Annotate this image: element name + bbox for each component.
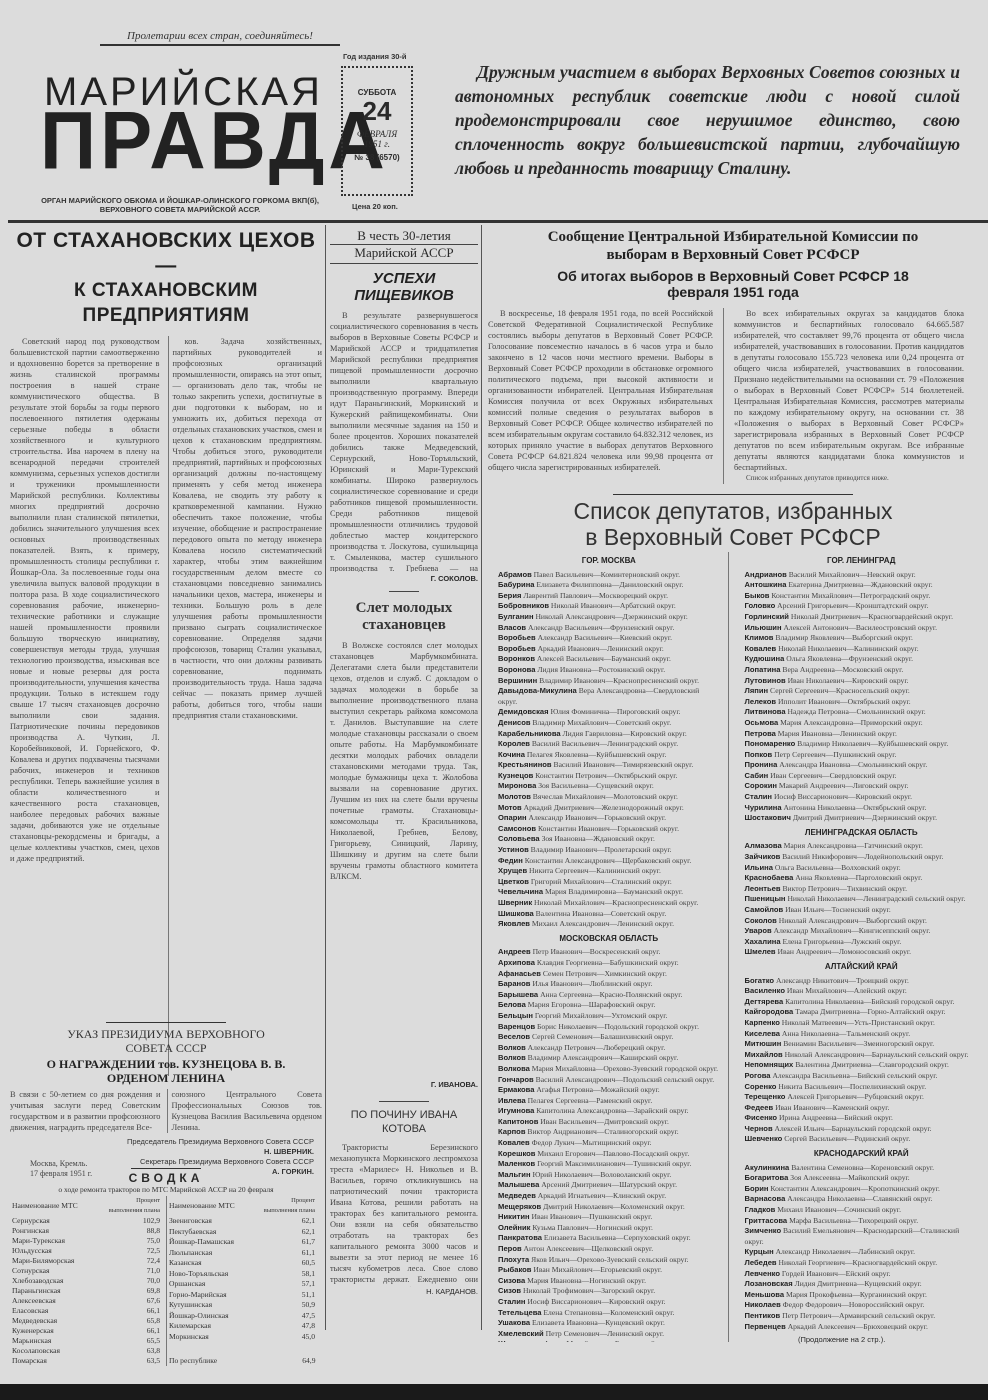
deputy-district: Аркадий Иванович—Ленинский округ.: [538, 644, 664, 653]
deputies-headline: Список депутатов, избранных в Верховный …: [488, 498, 978, 550]
deputy-district: Елизавета Ивановна—Кунцевский округ.: [532, 1318, 665, 1327]
mts-percent: 67,6: [104, 1296, 162, 1306]
deputy-district: Василий Васильевич—Ленинградский округ.: [532, 739, 678, 748]
deputy-entry: Веселов Сергей Семенович—Балашихинский о…: [488, 1032, 720, 1043]
rally-text: В Волжске состоялся слет молодых стахано…: [330, 640, 478, 1080]
mts-name: Хлебозаводская: [10, 1276, 104, 1286]
deputy-district: Мария Егоровна—Шарафовский округ.: [528, 1000, 656, 1009]
deputy-entry: Капитонов Иван Васильевич—Дмитровский ок…: [488, 1117, 720, 1128]
deputy-surname: Сизова: [498, 1276, 525, 1285]
deputy-district: Василий Михайлович—Невский округ.: [789, 570, 916, 579]
deputy-surname: Кочина: [498, 750, 525, 759]
mts-name: Звениговская: [167, 1216, 262, 1227]
mts-percent: 88,8: [104, 1226, 162, 1236]
deputy-district: Николай Александрович—Барнаульский сельс…: [785, 1050, 969, 1059]
deputy-surname: Карпенко: [745, 1018, 780, 1027]
deputy-entry: Волков Владимир Александрович—Каширский …: [488, 1053, 720, 1064]
deputy-surname: Варенцов: [498, 1022, 535, 1031]
deputy-district: Елена Степановна—Коломенский округ.: [543, 1308, 674, 1317]
deputy-district: Гордей Иванович—Ейский округ.: [782, 1269, 891, 1278]
kotov-text: Трактористы Березинского механопункта Мо…: [330, 1142, 478, 1287]
deputy-entry: Медведев Аркадий Игнатьевич—Клинский окр…: [488, 1191, 720, 1202]
deputy-entry: Лопатина Вера Андреевна—Московский округ…: [735, 665, 978, 676]
deputy-surname: Никитин: [498, 1212, 530, 1221]
deputy-district: Марфа Васильевна—Тихорецкий округ.: [789, 1216, 918, 1225]
svodka-row: Оршанская57,1: [167, 1279, 318, 1290]
deputy-entry: Соколов Николай Александрович—Выборгский…: [735, 916, 978, 927]
mts-name: Сотнурская: [10, 1266, 104, 1276]
deputy-entry: Белова Мария Егоровна—Шарафовский округ.: [488, 1000, 720, 1011]
deputy-district: Николай Александрович—Дзержинский округ.: [535, 612, 687, 621]
deputy-district: Федор Федорович—Новороссийский округ.: [783, 1300, 925, 1309]
deputy-entry: Берия Лаврентий Павлович—Москворецкий ок…: [488, 591, 720, 602]
deputy-district: Мария Владимировна—Бауманский округ.: [545, 887, 683, 896]
deputy-district: Ирина Андреевна—Бийский округ.: [779, 1113, 893, 1122]
deputy-surname: Давыдова-Микулина: [498, 686, 577, 695]
signatory-role: Председатель Президиума Верховного Совет…: [10, 1137, 314, 1147]
deputy-surname: Рогова: [745, 1071, 771, 1080]
deputy-surname: Терещенко: [745, 1092, 786, 1101]
deputy-district: Владимир Иванович—Пролетарский округ.: [531, 845, 672, 854]
deputy-district: Валентина Семеновна—Кореновский округ.: [791, 1163, 934, 1172]
deputy-entry: Устинов Владимир Иванович—Пролетарский о…: [488, 845, 720, 856]
deputy-surname: Шверник: [498, 898, 532, 907]
deputy-entry: Гончаров Василий Александрович—Подольски…: [488, 1075, 720, 1086]
deputy-entry: Шверник Николай Михайлович—Краснопреснен…: [488, 898, 720, 909]
deputy-entry: Кудюшина Ольга Яковлевна—Фрунзенский окр…: [735, 654, 978, 665]
deputy-entry: Волков Александр Петрович—Люберецкий окр…: [488, 1043, 720, 1054]
deputy-entry: Хрущев Никита Сергеевич—Калининский окру…: [488, 866, 720, 877]
author: Г. ИВАНОВА.: [330, 1080, 478, 1089]
deputy-district: Иван Сергеевич—Свердловский округ.: [770, 771, 896, 780]
deputy-entry: Осьмова Мария Александровна—Приморский о…: [735, 718, 978, 729]
deputy-surname: Федин: [498, 856, 523, 865]
region-heading: ЛЕНИНГРАДСКАЯ ОБЛАСТЬ: [735, 828, 978, 839]
deputy-entry: Воронова Лидия Ивановна—Ростокинский окр…: [488, 665, 720, 676]
mts-percent: 69,8: [104, 1286, 162, 1296]
mts-name: Горно-Марийская: [167, 1290, 262, 1301]
mts-name: Казанская: [167, 1258, 262, 1269]
deputy-entry: Непомнящих Валентина Дмитриевна—Славгоро…: [735, 1060, 978, 1071]
deputy-surname: Климов: [745, 633, 774, 642]
deputy-district: Иван Андреевич—Ломоносовский округ.: [778, 947, 912, 956]
deputy-entry: Архипова Клавдия Георгиевна—Бабушкинский…: [488, 958, 720, 969]
svodka-row: Параньгинская69,8: [10, 1286, 162, 1296]
deputy-entry: Пшеницын Николай Николаевич—Ленинградски…: [735, 894, 978, 905]
deputy-surname: Волкова: [498, 1064, 530, 1073]
deputy-entry: Власов Александр Васильевич—Фрунзенский …: [488, 623, 720, 634]
deputy-district: Николай Николаевич—Калининский округ.: [778, 644, 918, 653]
deputy-surname: Горлинский: [745, 612, 789, 621]
deputy-entry: Королев Василий Васильевич—Ленинградский…: [488, 739, 720, 750]
mts-percent: 102,9: [104, 1216, 162, 1226]
deputy-surname: Воробьев: [498, 644, 536, 653]
deputy-surname: Меньшова: [745, 1290, 785, 1299]
deputy-district: Иосиф Виссарионович—Кировский округ.: [527, 1297, 665, 1306]
deputy-district: Владимир Александрович—Каширский округ.: [528, 1053, 679, 1062]
svodka-row: Еласовская66,1: [10, 1306, 162, 1316]
deputy-surname: Булганин: [498, 612, 534, 621]
svodka-row: Горно-Марийская51,1: [167, 1290, 318, 1301]
deputy-surname: Лутовинов: [745, 676, 786, 685]
deputy-entry: Федеев Иван Иванович—Каменский округ.: [735, 1103, 978, 1114]
deputy-district: Мария Михайловна—Орехово-Зуевский городс…: [532, 1064, 718, 1073]
year-of-publication: Год издания 30-й: [343, 52, 407, 61]
mts-percent: 45,0: [261, 1332, 318, 1343]
deputy-district: Петр Иванович—Воскресенский округ.: [533, 947, 661, 956]
deputy-surname: Воронова: [498, 665, 535, 674]
deputy-district: Аркадий Дмитриевич—Железнодорожный округ…: [524, 803, 684, 812]
deputy-surname: Лелеков: [745, 697, 777, 706]
deputy-entry: Ивлева Пелагея Сергеевна—Раменский округ…: [488, 1096, 720, 1107]
middle-column: В честь 30-летия Марийской АССР УСПЕХИ П…: [330, 228, 478, 1296]
deputy-district: Мария Ивановна—Ленинский округ.: [778, 729, 897, 738]
deputy-district: Александр Васильевич—Киевский округ.: [538, 633, 672, 642]
svodka-row: Косолаповская63,8: [10, 1346, 162, 1356]
deputy-surname: Ивлева: [498, 1096, 526, 1105]
deputy-entry: Чевельчина Мария Владимировна—Бауманский…: [488, 887, 720, 898]
deputy-surname: Шишкова: [498, 909, 534, 918]
region-heading: ГОР. МОСКВА: [488, 556, 720, 567]
deputy-district: Мария Александровна—Гатчинский округ.: [784, 841, 923, 850]
deputy-district: Клавдия Георгиевна—Бабушкинский округ.: [537, 958, 679, 967]
deputy-surname: Мальгин: [498, 1170, 531, 1179]
deputy-entry: Булганин Николай Александрович—Дзержинск…: [488, 612, 720, 623]
svodka-row: Мари-Биляморская72,4: [10, 1256, 162, 1266]
deputy-district: Елизавета Филипповна—Даниловский округ.: [536, 580, 683, 589]
mts-name: Моркинская: [167, 1332, 262, 1343]
deputy-district: Арсений Григорьевич—Кронштадтский округ.: [777, 601, 928, 610]
deputy-surname: Федеев: [745, 1103, 774, 1112]
deputy-surname: Литвинова: [745, 707, 786, 716]
deputy-district: Иван Иванович—Каменский округ.: [775, 1103, 889, 1112]
deputy-district: Капитолина Николаевна—Бийский городской …: [785, 997, 954, 1006]
mts-percent: 57,1: [261, 1279, 318, 1290]
deputy-entry: Акулинкина Валентина Семеновна—Кореновск…: [735, 1163, 978, 1174]
deputy-entry: Василенко Иван Михайлович—Алейский округ…: [735, 986, 978, 997]
deputy-district: Вячеслав Михайлович—Молотовский округ.: [533, 792, 678, 801]
editorial-headline: ОТ СТАХАНОВСКИХ ЦЕХОВ— К СТАХАНОВСКИМ ПР…: [10, 228, 322, 328]
deputy-surname: Богаритова: [745, 1173, 789, 1182]
lead-quote: Дружным участием в выборах Верховных Сов…: [455, 60, 960, 180]
svodka-report: СВОДКА о ходе ремонта тракторов по МТС М…: [10, 1168, 322, 1366]
deputy-district: Дмитрий Дмитриевич—Дзержинский округ.: [793, 813, 937, 822]
deputy-surname: Пономаренко: [745, 739, 796, 748]
deputy-surname: Мотов: [498, 803, 522, 812]
continued-note: (Продолжение на 2 стр.).: [798, 1335, 885, 1344]
mts-name: Параньгинская: [10, 1286, 104, 1296]
deputy-entry: Воронков Алексей Васильевич—Бауманский о…: [488, 654, 720, 665]
deputy-entry: Яковлев Михаил Александрович—Ленинский о…: [488, 919, 720, 930]
deputy-entry: Зайчиков Василий Никифорович—Лодейнополь…: [735, 852, 978, 863]
deputy-entry: Шостакович Дмитрий Дмитриевич—Дзержински…: [735, 813, 978, 824]
editorial-column-1: Советский народ под руководством большев…: [10, 336, 160, 1076]
deputy-entry: Меньшова Мария Прокофьевна—Курганинский …: [735, 1290, 978, 1301]
price: Цена 20 коп.: [352, 202, 398, 211]
deputy-district: Николай Трофимович—Загорский округ.: [523, 1286, 655, 1295]
mts-name: Куженерская: [10, 1326, 104, 1336]
deputy-surname: Зимченко: [745, 1226, 782, 1235]
decree: УКАЗ ПРЕЗИДИУМА ВЕРХОВНОГО СОВЕТА СССР О…: [10, 1022, 322, 1179]
deputy-surname: Шаповалов: [498, 1339, 542, 1342]
deputy-entry: Мещеряков Дмитрий Николаевич—Коломенский…: [488, 1202, 720, 1213]
deputy-entry: Опарин Александр Иванович—Горьковский ок…: [488, 813, 720, 824]
deputy-district: Мария Ивановна—Ногинский округ.: [527, 1276, 646, 1285]
svodka-row: Медведевская65,8: [10, 1316, 162, 1326]
deputy-district: Константин Александрович—Кропоткинский о…: [770, 1184, 939, 1193]
deputy-surname: Шевченко: [745, 1134, 783, 1143]
region-heading: КРАСНОДАРСКИЙ КРАЙ: [735, 1149, 978, 1160]
mts-percent: 61,1: [261, 1248, 318, 1259]
deputy-surname: Ильина: [745, 863, 773, 872]
mts-percent: 66,1: [104, 1306, 162, 1316]
deputy-entry: Петрова Мария Ивановна—Ленинский округ.: [735, 729, 978, 740]
svodka-table-right: Наименование МТСПроцент выполнения плана…: [166, 1196, 318, 1366]
deputy-district: Алексей Ильич—Барнаульский городской окр…: [775, 1124, 932, 1133]
editorial-article: ОТ СТАХАНОВСКИХ ЦЕХОВ— К СТАХАНОВСКИМ ПР…: [10, 228, 322, 1076]
deputy-district: Яков Ильич—Орехово-Зуевский сельский окр…: [531, 1255, 688, 1264]
deputy-district: Сергей Сергеевич—Красносельский округ.: [770, 686, 910, 695]
deputies-column-left: ГОР. МОСКВААбрамов Павел Васильевич—Коми…: [488, 552, 720, 1342]
deputy-surname: Бельцын: [498, 1011, 533, 1020]
mts-name: Алексеевская: [10, 1296, 104, 1306]
deputy-district: Антон Михайлович—Бронницкий округ.: [544, 1339, 676, 1342]
mts-percent: 51,1: [261, 1290, 318, 1301]
deputy-entry: Митюшин Вениамин Васильевич—Змеиногорски…: [735, 1039, 978, 1050]
deputy-entry: Пономаренко Владимир Николаевич—Куйбышев…: [735, 739, 978, 750]
deputy-entry: Николаев Федор Федорович—Новороссийский …: [735, 1300, 978, 1311]
deputy-surname: Шостакович: [745, 813, 791, 822]
deputy-entry: Карпов Виктор Андрианович—Сталиногорский…: [488, 1127, 720, 1138]
deputy-surname: Богатко: [745, 976, 775, 985]
deputy-surname: Василенко: [745, 986, 785, 995]
deputy-entry: Уваров Александр Михайлович—Кингисеппски…: [735, 926, 978, 937]
kotov-headline: ПО ПОЧИНУ ИВАНА КОТОВА: [330, 1108, 478, 1136]
deputy-surname: Первенцев: [745, 1322, 786, 1331]
deputy-district: Владимир Николаевич—Куйбышевский округ.: [797, 739, 948, 748]
deputy-district: Александр Николаевич—Лабинский округ.: [776, 1247, 915, 1256]
mts-name: Еласовская: [10, 1306, 104, 1316]
deputy-district: Василий Иванович—Тимирязевский округ.: [554, 760, 694, 769]
deputy-district: Валентина Дмитриевна—Славгородский округ…: [795, 1060, 949, 1069]
cec-column-2: Во всех избирательных округах за кандида…: [723, 308, 964, 484]
deputy-surname: Андреев: [498, 947, 531, 956]
deputy-surname: Пентиков: [745, 1311, 781, 1320]
author: Г. СОКОЛОВ.: [330, 574, 478, 583]
deputy-district: Елена Григорьевна—Лужский округ.: [782, 937, 901, 946]
deputy-district: Александра Васильевна—Бийский сельский о…: [772, 1071, 937, 1080]
deputy-entry: Первенцев Аркадий Алексеевич—Брюховецкий…: [735, 1322, 978, 1333]
deputy-district: Василий Никифорович—Лодейнопольский окру…: [782, 852, 943, 861]
deputy-surname: Фисенко: [745, 1113, 778, 1122]
deputy-surname: Демидовская: [498, 707, 549, 716]
deputy-entry: Плохута Яков Ильич—Орехово-Зуевский сель…: [488, 1255, 720, 1266]
deputy-district: Иван Николаевич—Кировский округ.: [788, 676, 909, 685]
deputy-entry: Афанасьев Семен Петрович—Химкинский окру…: [488, 969, 720, 980]
deputy-district: Владимир Михайлович—Советский округ.: [532, 718, 671, 727]
deputy-entry: Никитин Иван Иванович—Пушкинский округ.: [488, 1212, 720, 1223]
deputy-district: Ольга Васильевна—Волховский округ.: [775, 863, 901, 872]
deputy-district: Петр Петрович—Армавирский сельский округ…: [782, 1311, 935, 1320]
deputy-district: Георгий Максимилианович—Тушинский округ.: [537, 1159, 691, 1168]
deputy-surname: Головко: [745, 601, 776, 610]
deputy-district: Лидия Дмитриевна—Кущевский округ.: [795, 1279, 922, 1288]
mts-percent: 72,4: [104, 1256, 162, 1266]
deputy-surname: Курцын: [745, 1247, 774, 1256]
deputy-district: Михаил Александрович—Ленинский округ.: [532, 919, 674, 928]
deputy-entry: Цветков Григорий Михайлович—Сталинский о…: [488, 877, 720, 888]
deputy-district: Константин Петрович—Октябрьский округ.: [535, 771, 677, 780]
deputies-column-right: ГОР. ЛЕНИНГРАДАндрианов Василий Михайлов…: [728, 552, 978, 1342]
deputy-surname: Миронова: [498, 781, 536, 790]
deputy-entry: Фисенко Ирина Андреевна—Бийский округ.: [735, 1113, 978, 1124]
region-heading: АЛТАЙСКИЙ КРАЙ: [735, 962, 978, 973]
mts-percent: 75,0: [104, 1236, 162, 1246]
mts-name: Юльдусская: [10, 1246, 104, 1256]
deputy-surname: Устинов: [498, 845, 529, 854]
deputy-entry: Сталин Иосиф Виссарионович—Кировский окр…: [488, 1297, 720, 1308]
deputy-entry: Соловьева Зоя Ивановна—Ждановский округ.: [488, 834, 720, 845]
deputy-district: Борис Николаевич—Подольский городской ок…: [537, 1022, 699, 1031]
deputy-surname: Михайлов: [745, 1050, 783, 1059]
deputy-district: Василий Александрович—Подольский сельски…: [536, 1075, 715, 1084]
masthead: Пролетарии всех стран, соединяйтесь! МАР…: [0, 0, 988, 222]
deputy-entry: Лутовинов Иван Николаевич—Кировский окру…: [735, 676, 978, 687]
deputy-entry: Сабин Иван Сергеевич—Свердловский округ.: [735, 771, 978, 782]
deputy-surname: Хмелевский: [498, 1329, 544, 1338]
mts-percent: 62,1: [261, 1227, 318, 1238]
deputy-entry: Киселева Анна Николаевна—Тальменский окр…: [735, 1029, 978, 1040]
deputy-district: Александр Михайлович—Кингисеппский округ…: [774, 926, 931, 935]
deputy-surname: Берия: [498, 591, 521, 600]
deputy-surname: Левченко: [745, 1269, 781, 1278]
mts-percent: 66,1: [104, 1326, 162, 1336]
deputy-surname: Алмазова: [745, 841, 782, 850]
deputy-surname: Соколов: [745, 916, 777, 925]
mts-name: Сернурская: [10, 1216, 104, 1226]
cec-headline: Сообщение Центральной Избирательной Коми…: [488, 228, 978, 264]
deputy-entry: Мальгин Юрий Николаевич—Воловолаиский ок…: [488, 1170, 720, 1181]
deputy-district: Александр Никитович—Троицкий округ.: [776, 976, 909, 985]
deputy-surname: Веселов: [498, 1032, 530, 1041]
deputy-entry: Андреев Петр Иванович—Воскресенский окру…: [488, 947, 720, 958]
total-label: По республике: [167, 1342, 262, 1366]
deputy-district: Алексей Григорьевич—Рубцовский округ.: [787, 1092, 924, 1101]
deputy-entry: Ушакова Елизавета Ивановна—Кунцевский ок…: [488, 1318, 720, 1329]
region-heading: ГОР. ЛЕНИНГРАД: [735, 556, 978, 567]
svodka-row: Марьинская65,5: [10, 1336, 162, 1346]
deputy-entry: Курцын Александр Николаевич—Лабинский ок…: [735, 1247, 978, 1258]
deputy-district: Зоя Алексеевна—Майкопский округ.: [790, 1173, 909, 1182]
deputy-entry: Лозановская Лидия Дмитриевна—Кущевский о…: [735, 1279, 978, 1290]
mts-percent: 71,0: [104, 1266, 162, 1276]
deputy-district: Тамара Дмитриевна—Горно-Алтайский округ.: [795, 1007, 945, 1016]
mts-name: Пектубаевская: [167, 1227, 262, 1238]
deputy-entry: Ковалев Николай Николаевич—Калининский о…: [735, 644, 978, 655]
deputy-surname: Архипова: [498, 958, 535, 967]
deputy-entry: Терещенко Алексей Григорьевич—Рубцовский…: [735, 1092, 978, 1103]
svodka-row: Йошкар-Олинская47,5: [167, 1311, 318, 1322]
svodka-row: Ново-Торъяльская58,1: [167, 1269, 318, 1280]
deputy-entry: Ермакова Агафья Петровна—Можайский округ…: [488, 1085, 720, 1096]
deputy-surname: Бобровников: [498, 601, 549, 610]
deputy-surname: Гончаров: [498, 1075, 534, 1084]
deputy-surname: Сталин: [745, 792, 773, 801]
deputy-entry: Олейник Кузьма Павлович—Ногинский округ.: [488, 1223, 720, 1234]
deputy-entry: Мотов Аркадий Дмитриевич—Железнодорожный…: [488, 803, 720, 814]
decree-text-2: союзного Центрального Совета Профессиона…: [167, 1089, 323, 1133]
mts-percent: 62,1: [261, 1216, 318, 1227]
deputy-entry: Сизова Мария Ивановна—Ногинский округ.: [488, 1276, 720, 1287]
deputy-surname: Корешков: [498, 1149, 535, 1158]
deputy-district: Антонина Николаевна—Октябрьский округ.: [784, 803, 927, 812]
deputy-surname: Соренко: [745, 1082, 777, 1091]
deputy-surname: Рыбаков: [498, 1265, 531, 1274]
deputy-entry: Леонтьев Виктор Петрович—Тихвинский окру…: [735, 884, 978, 895]
deputy-surname: Денисов: [498, 718, 531, 727]
deputy-entry: Федин Константин Александрович—Щербаковс…: [488, 856, 720, 867]
deputy-entry: Воробьев Аркадий Иванович—Ленинский окру…: [488, 644, 720, 655]
mts-name: Ново-Торъяльская: [167, 1269, 262, 1280]
deputy-district: Виктор Андрианович—Сталиногорский округ.: [527, 1127, 678, 1136]
year: 1951 г.: [343, 139, 411, 149]
deputy-district: Алексей Антонович—Василеостровский округ…: [783, 623, 937, 632]
svodka-row: Люльпанская61,1: [167, 1248, 318, 1259]
deputy-district: Анна Яковлевна—Парголовский округ.: [795, 873, 922, 882]
deputy-entry: Демидовская Юлия Фоминична—Пироговский о…: [488, 707, 720, 718]
deputy-entry: Головко Арсений Григорьевич—Кронштадтски…: [735, 601, 978, 612]
deputy-entry: Лелеков Ипполит Иванович—Октябрьский окр…: [735, 697, 978, 708]
deputy-district: Антон Алексеевич—Щелковский округ.: [524, 1244, 654, 1253]
deputy-surname: Пшеницын: [745, 894, 786, 903]
deputy-entry: Дегтярева Капитолина Николаевна—Бийский …: [735, 997, 978, 1008]
deputy-entry: Денисов Владимир Михайлович—Советский ок…: [488, 718, 720, 729]
deputy-surname: Киселева: [745, 1029, 781, 1038]
deputy-surname: Зайчиков: [745, 852, 781, 861]
bottom-border: [0, 1384, 988, 1400]
mts-name: Килемарская: [167, 1321, 262, 1332]
mts-name: Оршанская: [167, 1279, 262, 1290]
deputy-entry: Карабельникова Лидия Гавриловна—Кировски…: [488, 729, 720, 740]
month: ФЕВРАЛЯ: [343, 129, 411, 139]
deputy-entry: Литвинова Надежда Петровна—Смольнинский …: [735, 707, 978, 718]
mts-percent: 47,8: [261, 1321, 318, 1332]
total-value: 64,9: [261, 1342, 318, 1366]
deputy-entry: Шевченко Сергей Васильевич—Родинский окр…: [735, 1134, 978, 1145]
deputy-district: Анна Сергеевна—Красно-Полянский округ.: [540, 990, 682, 999]
deputy-entry: Сорокин Макарий Андреевич—Лиговский окру…: [735, 781, 978, 792]
deputy-surname: Яковлев: [498, 919, 530, 928]
deputy-surname: Ковалев: [498, 1138, 530, 1147]
deputy-entry: Карпенко Николай Матвеевич—Усть-Пристанс…: [735, 1018, 978, 1029]
deputy-district: Лаврентий Павлович—Москворецкий округ.: [523, 591, 668, 600]
deputy-entry: Самойлов Иван Ильич—Тосненский округ.: [735, 905, 978, 916]
deputy-entry: Кузнецов Константин Петрович—Октябрьский…: [488, 771, 720, 782]
deputy-entry: Борин Константин Александрович—Кропоткин…: [735, 1184, 978, 1195]
editorial-column-2: ков. Задача хозяйственных, партийных рук…: [168, 336, 323, 1076]
deputy-district: Николай Дмитриевич—Красногвардейский окр…: [791, 612, 953, 621]
deputy-surname: Антошкина: [745, 580, 787, 589]
deputy-surname: Ушакова: [498, 1318, 530, 1327]
deputy-district: Иосиф Виссарионович—Кировский округ.: [774, 792, 912, 801]
mts-percent: 65,8: [104, 1316, 162, 1326]
slogan: Пролетарии всех стран, соединяйтесь!: [100, 30, 340, 46]
deputy-district: Лидия Гавриловна—Кировский округ.: [563, 729, 687, 738]
deputy-surname: Сталин: [498, 1297, 526, 1306]
deputy-entry: Игумнова Капитолина Александровна—Зарайс…: [488, 1106, 720, 1117]
deputy-entry: Абрамов Павел Васильевич—Коминтерновский…: [488, 570, 720, 581]
deputy-surname: Ермакова: [498, 1085, 534, 1094]
